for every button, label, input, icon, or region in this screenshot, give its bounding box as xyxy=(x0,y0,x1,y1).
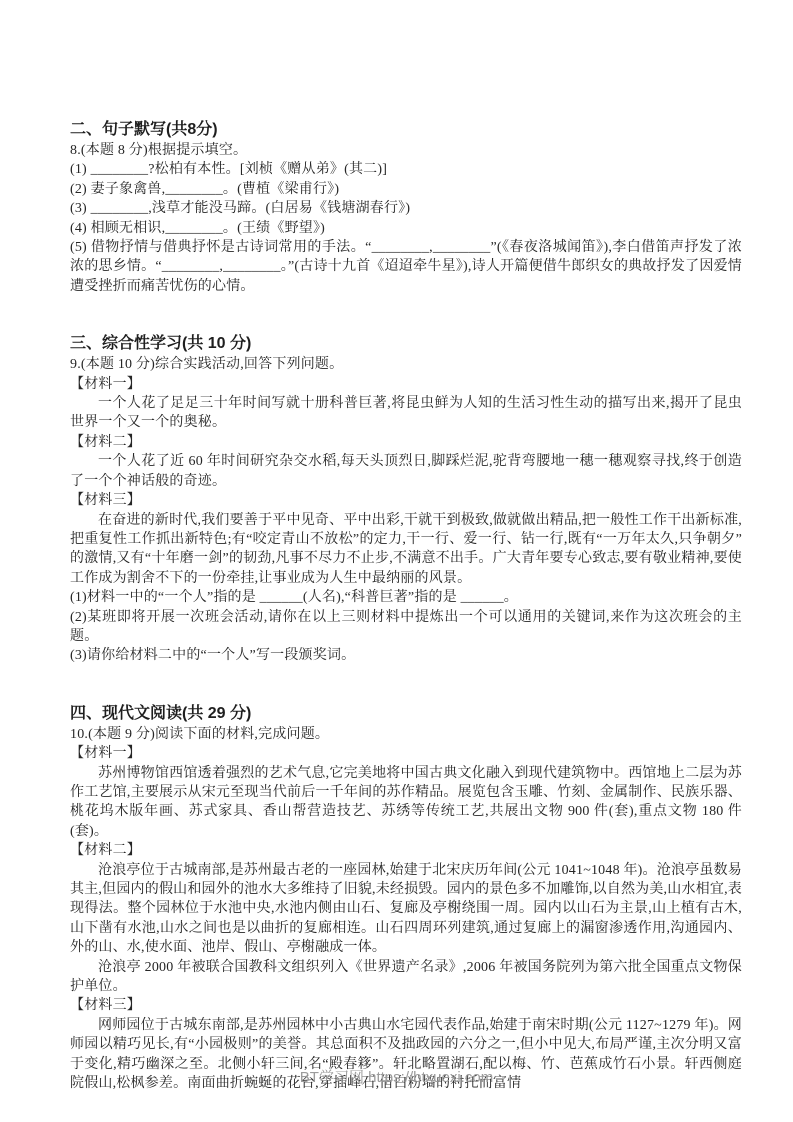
page-content: 二、句子默写(共8分) 8.(本题 8 分)根据提示填空。 (1) ______… xyxy=(70,118,742,1093)
material-1-label: 【材料一】 xyxy=(70,744,742,763)
blank-item-2: (2) 妻子象禽兽,________。(曹植《梁甫行》) xyxy=(70,180,742,199)
section-title: 三、综合性学习(共 10 分) xyxy=(70,332,742,355)
material-3-label: 【材料三】 xyxy=(70,996,742,1015)
question-10-stem: 10.(本题 9 分)阅读下面的材料,完成问题。 xyxy=(70,725,742,744)
material-1-paragraph: 一个人花了足足三十年时间写就十册科普巨著,将昆虫鲜为人知的生活习性生动的描写出来… xyxy=(70,394,742,433)
material-2-paragraph-1: 沧浪亭位于古城南部,是苏州最古老的一座园林,始建于北宋庆历年间(公元 1041~… xyxy=(70,861,742,958)
question-9-stem: 9.(本题 10 分)综合实践活动,回答下列问题。 xyxy=(70,355,742,374)
section-modern-text-reading: 四、现代文阅读(共 29 分) 10.(本题 9 分)阅读下面的材料,完成问题。… xyxy=(70,702,742,1094)
material-1-paragraph: 苏州博物馆西馆透着强烈的艺术气息,它完美地将中国古典文化融入到现代建筑物中。西馆… xyxy=(70,764,742,842)
question-8-stem: 8.(本题 8 分)根据提示填空。 xyxy=(70,141,742,160)
exam-paper-page: 二、句子默写(共8分) 8.(本题 8 分)根据提示填空。 (1) ______… xyxy=(0,0,793,1122)
blank-item-3: (3) ________,浅草才能没马蹄。(白居易《钱塘湖春行》) xyxy=(70,199,742,218)
material-2-paragraph: 一个人花了近 60 年时间研究杂交水稻,每天头顶烈日,脚踩烂泥,驼背弯腰地一穗一… xyxy=(70,452,742,491)
blank-item-1: (1) ________?松柏有本性。[刘桢《赠从弟》(其二)] xyxy=(70,160,742,179)
section-title: 二、句子默写(共8分) xyxy=(70,118,742,141)
section-title: 四、现代文阅读(共 29 分) xyxy=(70,702,742,725)
material-1-label: 【材料一】 xyxy=(70,375,742,394)
material-2-label: 【材料二】 xyxy=(70,841,742,860)
material-3-label: 【材料三】 xyxy=(70,491,742,510)
material-3-paragraph: 在奋进的新时代,我们要善于平中见奇、平中出彩,干就干到极致,做就做出精品,把一般… xyxy=(70,511,742,589)
material-2-label: 【材料二】 xyxy=(70,433,742,452)
subquestion-1: (1)材料一中的“一个人”指的是 ______(人名),“科普巨著”指的是 __… xyxy=(70,588,742,607)
watermark-footer: BT学习网 https://btxuexi.com xyxy=(0,1066,793,1087)
subquestion-2: (2)某班即将开展一次班会活动,请你在以上三则材料中提炼出一个可以通用的关键词,… xyxy=(70,608,742,647)
blank-item-5: (5) 借物抒情与借典抒怀是古诗词常用的手法。“________,_______… xyxy=(70,238,742,296)
material-2-paragraph-2: 沧浪亭 2000 年被联合国教科文组织列入《世界遗产名录》,2006 年被国务院… xyxy=(70,958,742,997)
blank-item-4: (4) 相顾无相识,________。(王绩《野望》) xyxy=(70,219,742,238)
section-comprehensive-learning: 三、综合性学习(共 10 分) 9.(本题 10 分)综合实践活动,回答下列问题… xyxy=(70,332,742,666)
section-sentence-dictation: 二、句子默写(共8分) 8.(本题 8 分)根据提示填空。 (1) ______… xyxy=(70,118,742,296)
subquestion-3: (3)请你给材料二中的“一个人”写一段颁奖词。 xyxy=(70,646,742,665)
